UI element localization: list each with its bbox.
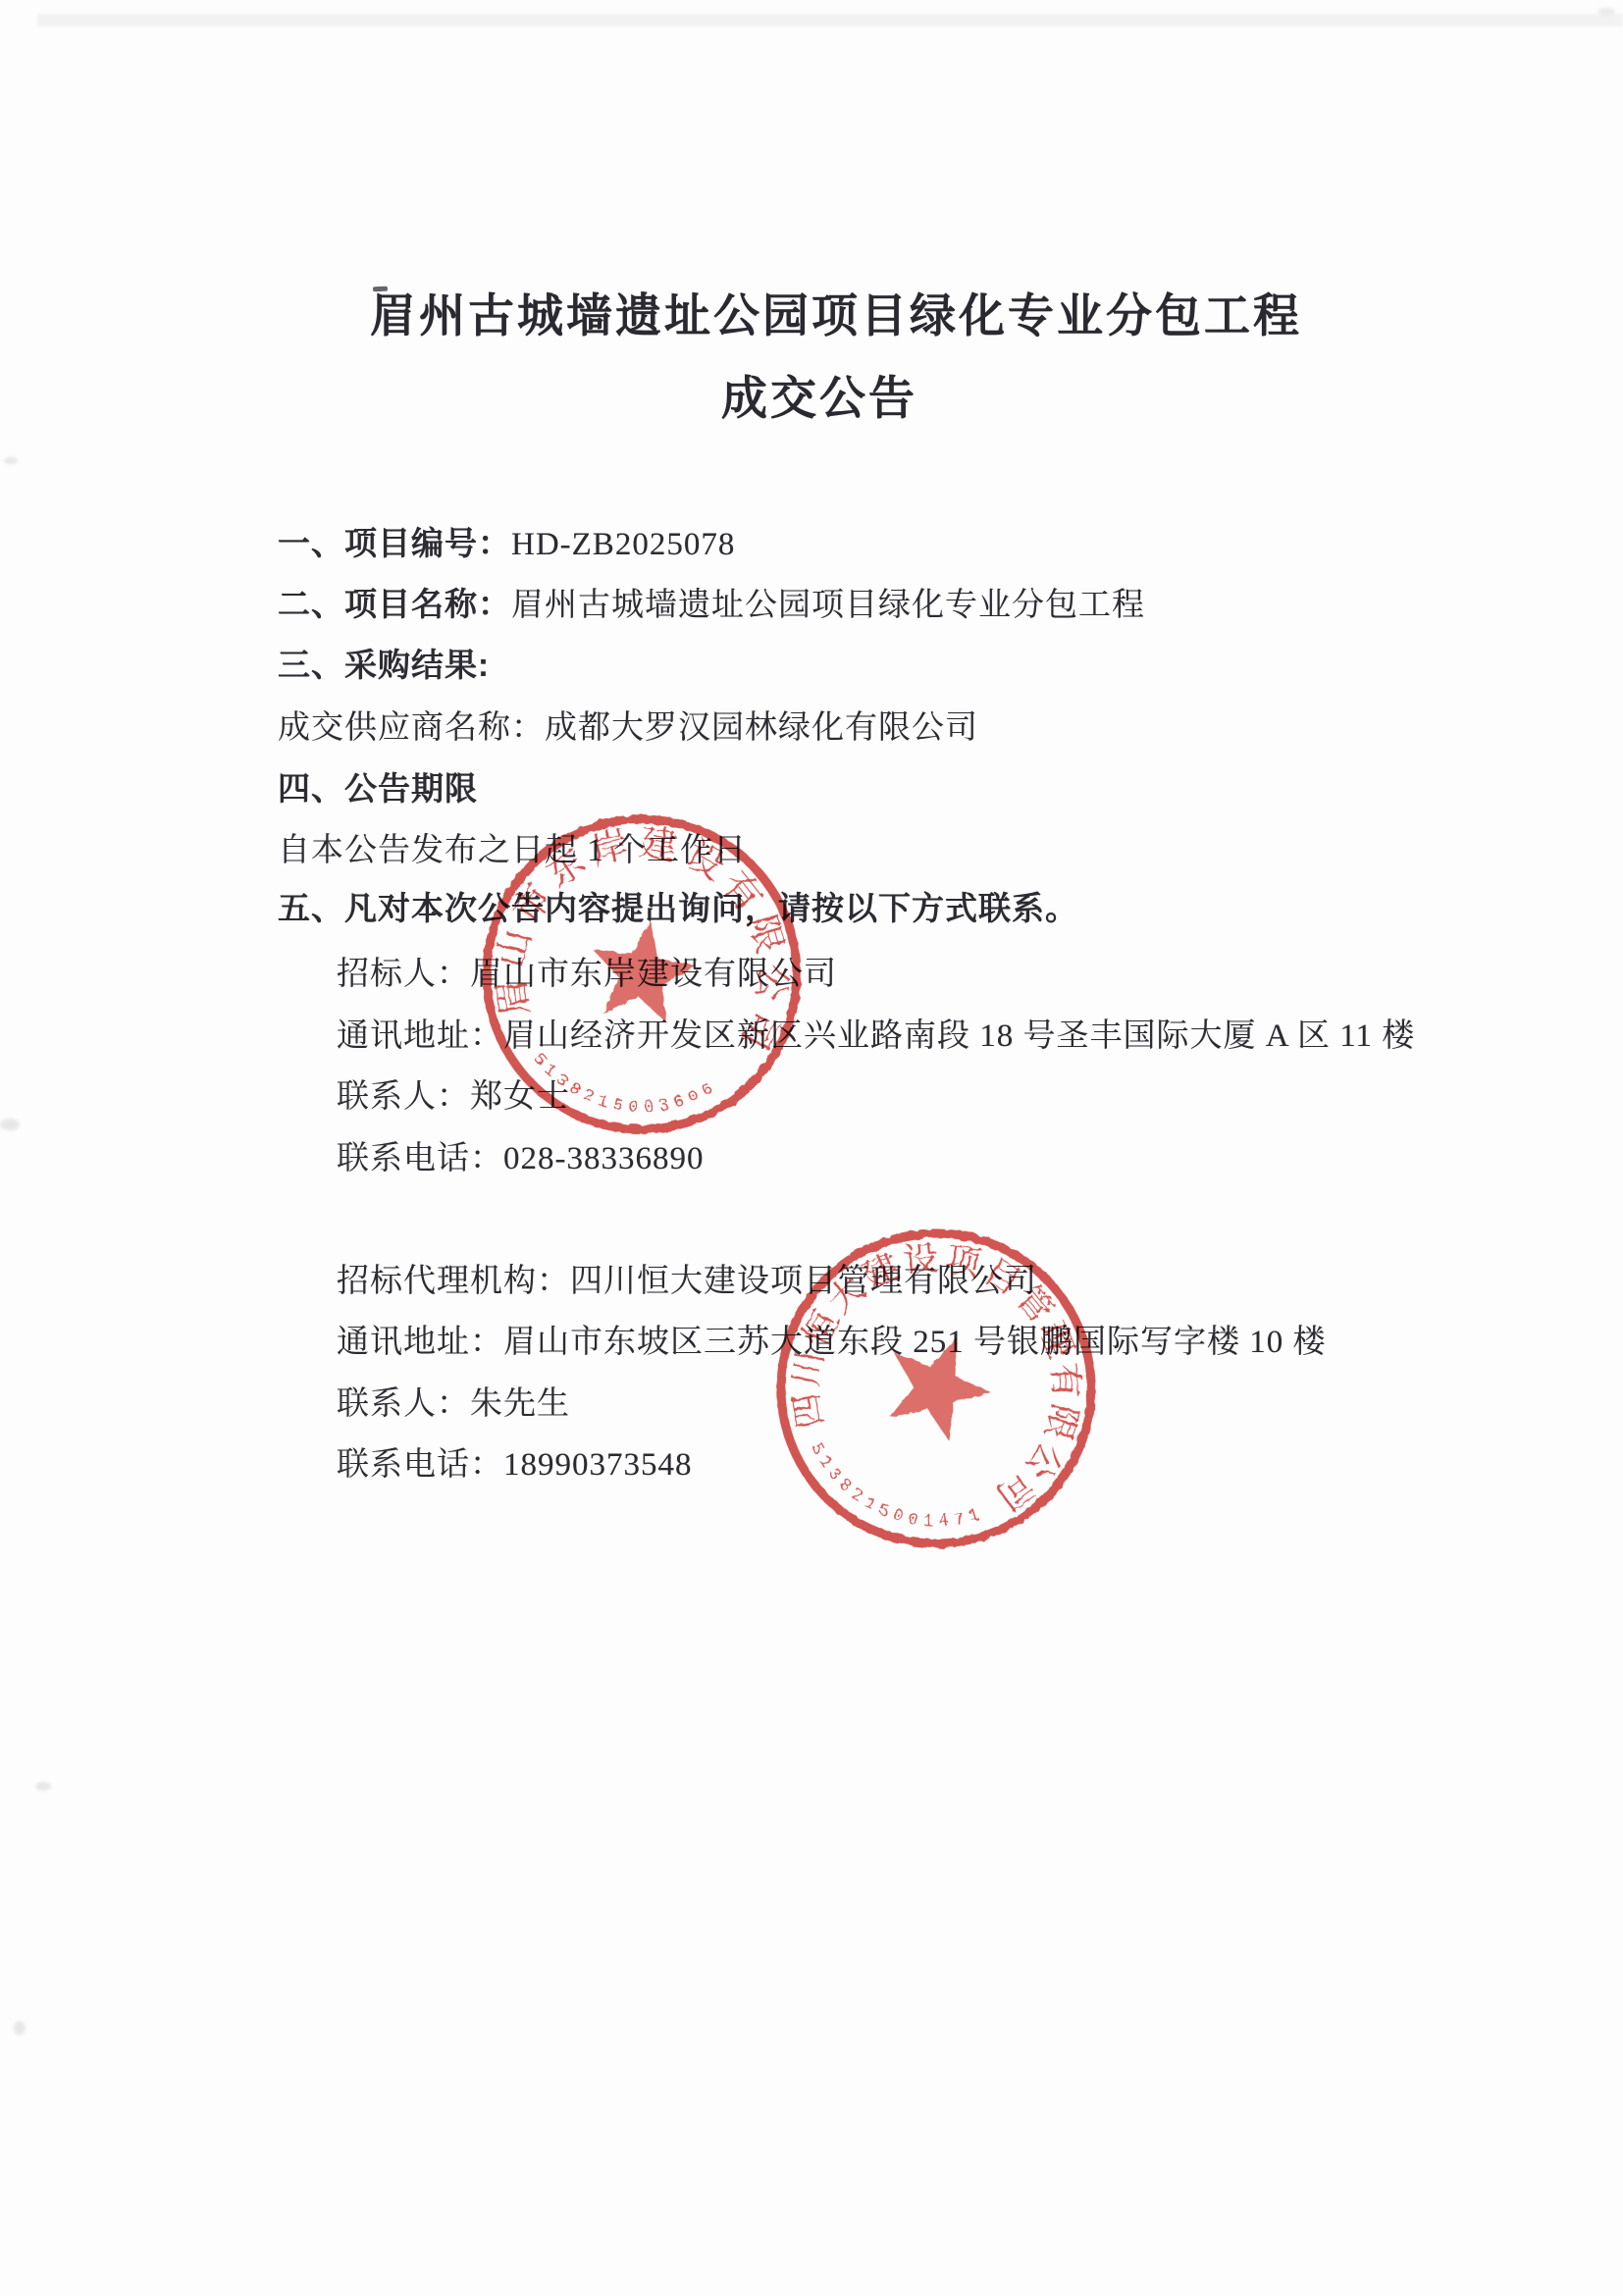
tenderer-address-line: 通讯地址：眉山经济开发区新区兴业路南段 18 号圣丰国际大厦 A 区 11 楼: [337, 1017, 1415, 1056]
item-label: 二、项目名称：: [278, 586, 511, 622]
scan-artifact: [14, 2021, 26, 2035]
tenderer-phone: 联系电话：028-38336890: [337, 1141, 705, 1176]
tenderer-contact: 联系人：郑女士: [337, 1079, 570, 1115]
page-title-line1: 眉州古城墙遗址公园项目绿化专业分包工程: [370, 291, 1302, 342]
tenderer-phone-line: 联系电话：028-38336890: [337, 1139, 705, 1178]
seal-serial-number: 5138215001471: [792, 1435, 993, 1555]
agency-address-line: 通讯地址：眉山市东坡区三苏大道东段 251 号银鹏国际写字楼 10 楼: [337, 1323, 1327, 1362]
page: 眉州古城墙遗址公园项目绿化专业分包工程 成交公告 一、项目编号：HD-ZB202…: [0, 0, 1623, 2296]
tenderer-address: 通讯地址：眉山经济开发区新区兴业路南段 18 号圣丰国际大厦 A 区 11 楼: [337, 1018, 1415, 1054]
body-line-period-detail: 自本公告发布之日起 1 个工作日: [278, 830, 747, 870]
title-row-1: 眉州古城墙遗址公园项目绿化专业分包工程: [25, 280, 1623, 345]
scan-artifact: [35, 1782, 51, 1791]
tenderer-name-line: 招标人：眉山市东岸建设有限公司: [337, 955, 837, 994]
title-row-2: 成交公告: [8, 362, 1623, 428]
agency-phone: 联系电话：18990373548: [337, 1447, 693, 1483]
scan-artifact-top-band: [37, 14, 1623, 26]
item-label: 一、项目编号：: [278, 525, 511, 561]
agency-contact: 联系人：朱先生: [337, 1386, 570, 1422]
item-value: HD-ZB2025078: [511, 527, 735, 562]
tenderer-contact-line: 联系人：郑女士: [337, 1077, 570, 1117]
page-title-line2: 成交公告: [721, 374, 917, 425]
agency-name: 招标代理机构：四川恒大建设项目管理有限公司: [337, 1264, 1037, 1299]
agency-contact-line: 联系人：朱先生: [337, 1384, 570, 1424]
item-label: 四、公告期限: [278, 770, 478, 807]
scan-artifact: [0, 1119, 20, 1130]
body-line-project-name: 二、项目名称：眉州古城墙遗址公园项目绿化专业分包工程: [278, 585, 1145, 625]
agency-phone-line: 联系电话：18990373548: [337, 1445, 693, 1485]
body-line-procurement-result: 三、采购结果:: [278, 646, 490, 686]
body-line-announcement-period: 四、公告期限: [278, 769, 478, 809]
item-value: 自本公告发布之日起 1 个工作日: [278, 833, 747, 868]
item-label: 三、采购结果:: [278, 647, 490, 683]
item-value: 成交供应商名称：成都大罗汉园林绿化有限公司: [278, 710, 978, 746]
item-label: 五、凡对本次公告内容提出询问，请按以下方式联系。: [278, 890, 1078, 926]
agency-name-line: 招标代理机构：四川恒大建设项目管理有限公司: [337, 1262, 1037, 1301]
body-line-winning-supplier: 成交供应商名称：成都大罗汉园林绿化有限公司: [278, 707, 978, 748]
svg-text:5138215001471: 5138215001471: [792, 1435, 993, 1555]
tenderer-name: 招标人：眉山市东岸建设有限公司: [337, 957, 837, 992]
agency-address: 通讯地址：眉山市东坡区三苏大道东段 251 号银鹏国际写字楼 10 楼: [337, 1325, 1327, 1360]
body-line-project-number: 一、项目编号：HD-ZB2025078: [278, 524, 735, 564]
item-value: 眉州古城墙遗址公园项目绿化专业分包工程: [511, 588, 1145, 623]
scan-artifact: [1597, 8, 1615, 15]
body-line-inquiry-notice: 五、凡对本次公告内容提出询问，请按以下方式联系。: [278, 889, 1078, 929]
scan-artifact: [4, 457, 18, 464]
